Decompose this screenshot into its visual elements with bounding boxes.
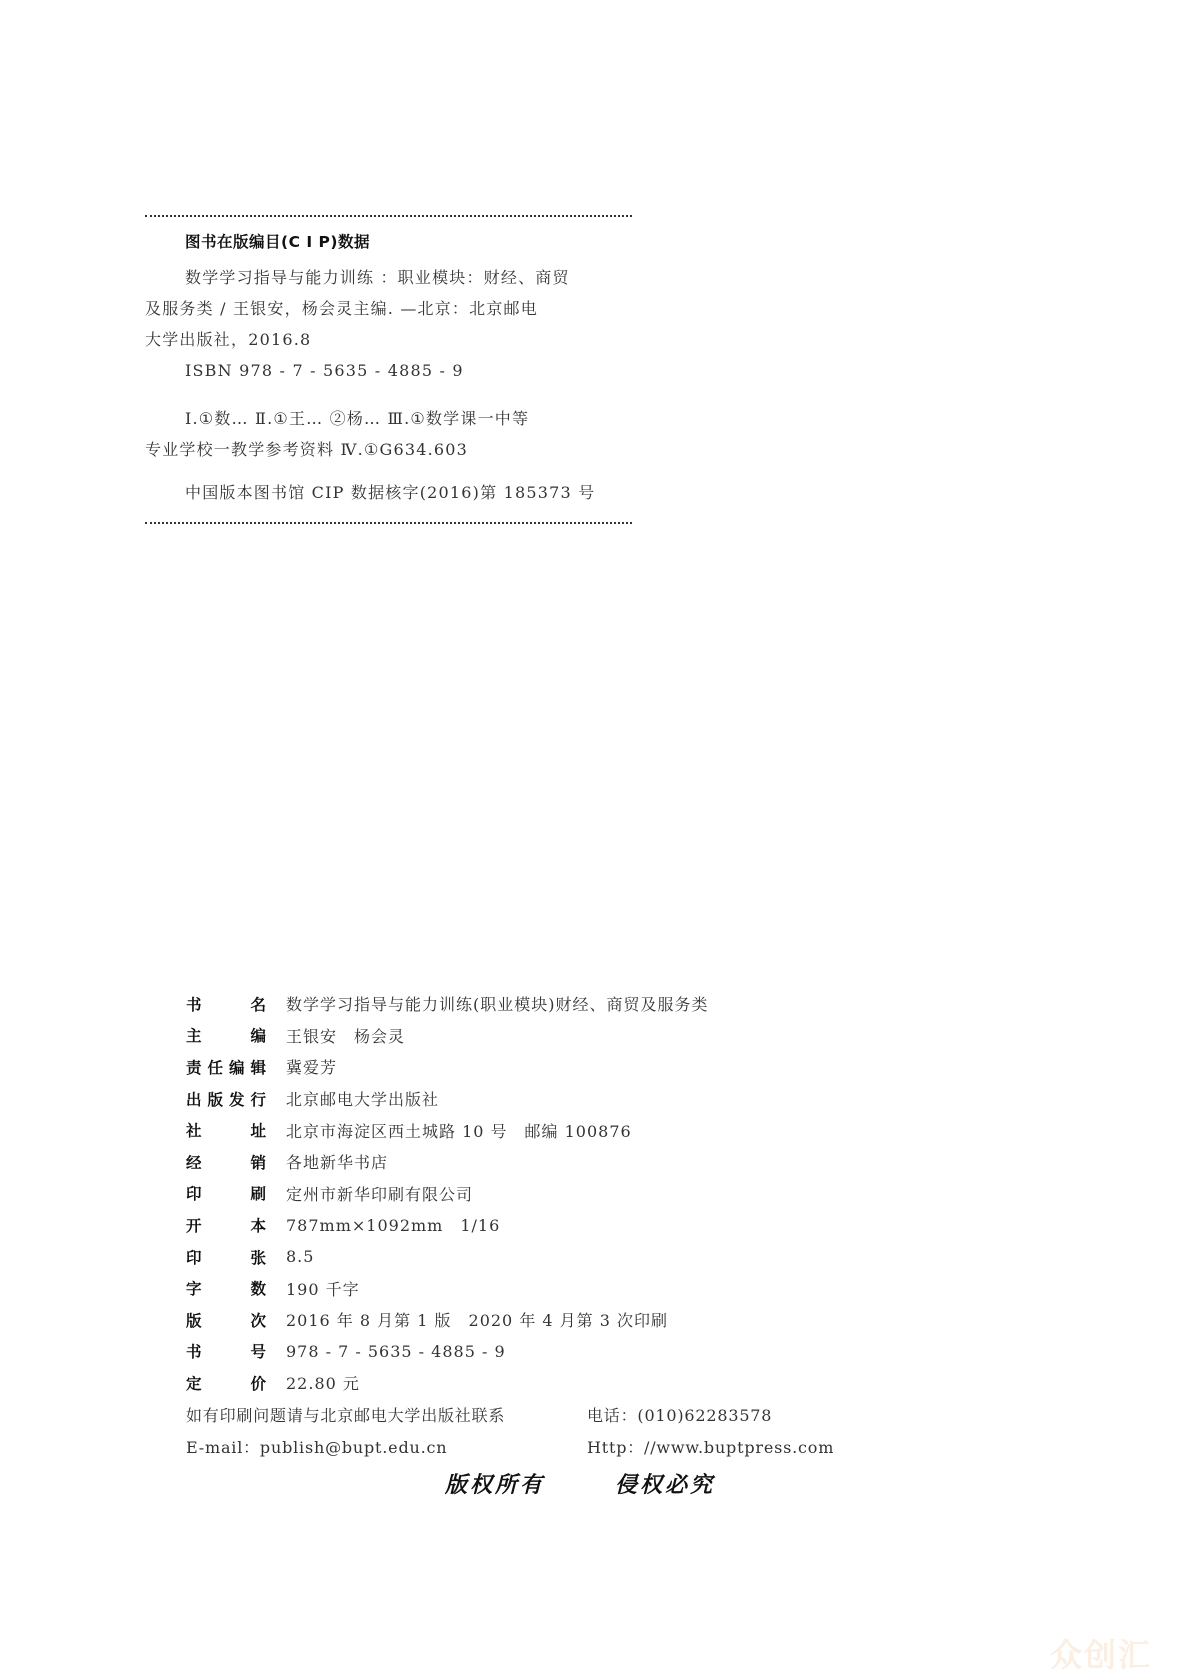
colophon-row: 印张8.5 (186, 1241, 834, 1273)
cip-number: 中国版本图书馆 CIP 数据核字(2016)第 185373 号 (145, 477, 632, 508)
contact-notice: 如有印刷问题请与北京邮电大学出版社联系 (186, 1403, 587, 1426)
colophon-label: 责任编辑 (186, 1056, 266, 1078)
colophon-row: 出版发行北京邮电大学出版社 (186, 1083, 834, 1115)
contact-email: E-mail：publish@bupt.edu.cn (186, 1435, 587, 1458)
copyright-all-rights: 版权所有 (445, 1468, 545, 1499)
colophon-value: 数学学习指导与能力训练(职业模块)财经、商贸及服务类 (286, 992, 709, 1015)
label-char: 印 (186, 1182, 202, 1204)
colophon-label: 出版发行 (186, 1088, 266, 1110)
label-char: 任 (207, 1056, 223, 1078)
label-char: 印 (186, 1246, 202, 1268)
colophon-row: 版次2016 年 8 月第 1 版 2020 年 4 月第 3 次印刷 (186, 1304, 834, 1336)
colophon-label: 书号 (186, 1340, 266, 1362)
label-char: 书 (186, 1340, 202, 1362)
colophon-value: 978 - 7 - 5635 - 4885 - 9 (286, 1342, 506, 1361)
copyright-notice: 版权所有 侵权必究 (445, 1468, 715, 1499)
label-char: 次 (250, 1309, 266, 1331)
colophon-label: 版次 (186, 1309, 266, 1331)
colophon-row: 印刷定州市新华印刷有限公司 (186, 1178, 834, 1210)
bottom-dotted-divider (145, 522, 632, 524)
colophon-value: 王银安 杨会灵 (286, 1024, 405, 1047)
colophon-value: 北京邮电大学出版社 (286, 1087, 439, 1110)
colophon-label: 开本 (186, 1214, 266, 1236)
label-char: 价 (250, 1372, 266, 1394)
label-char: 名 (250, 993, 266, 1015)
colophon-row: 书号978 - 7 - 5635 - 4885 - 9 (186, 1336, 834, 1368)
colophon-row: 主编王银安 杨会灵 (186, 1020, 834, 1052)
cip-classification: 专业学校一教学参考资料 Ⅳ.①G634.603 (145, 434, 632, 465)
colophon-label: 印张 (186, 1246, 266, 1268)
top-dotted-divider (145, 215, 632, 217)
colophon-label: 经销 (186, 1151, 266, 1173)
copyright-page: 图书在版编目(C I P)数据 数学学习指导与能力训练 ：职业模块：财经、商贸 … (0, 0, 1203, 1675)
label-char: 社 (186, 1119, 202, 1141)
colophon-label: 字数 (186, 1277, 266, 1299)
colophon-value: 各地新华书店 (286, 1150, 388, 1173)
contact-row: 如有印刷问题请与北京邮电大学出版社联系电话：(010)62283578 (186, 1399, 834, 1431)
colophon-value: 定州市新华印刷有限公司 (286, 1182, 473, 1205)
cip-heading: 图书在版编目(C I P)数据 (185, 231, 632, 253)
colophon-value: 2016 年 8 月第 1 版 2020 年 4 月第 3 次印刷 (286, 1308, 668, 1331)
colophon-value: 190 千字 (286, 1277, 360, 1300)
label-char: 经 (186, 1151, 202, 1173)
watermark-logo: 众创汇 (1050, 1630, 1152, 1675)
colophon-row: 责任编辑冀爱芳 (186, 1051, 834, 1083)
label-char: 定 (186, 1372, 202, 1394)
colophon-row: 定价22.80 元 (186, 1367, 834, 1399)
cip-isbn: ISBN 978 - 7 - 5635 - 4885 - 9 (145, 355, 632, 386)
colophon-label: 社址 (186, 1119, 266, 1141)
label-char: 行 (250, 1088, 266, 1110)
contact-website: Http：//www.buptpress.com (587, 1435, 834, 1458)
colophon-value: 冀爱芳 (286, 1055, 337, 1078)
label-char: 版 (186, 1309, 202, 1331)
contact-phone: 电话：(010)62283578 (587, 1403, 772, 1426)
label-char: 责 (186, 1056, 202, 1078)
colophon-value: 8.5 (286, 1247, 314, 1266)
label-char: 本 (250, 1214, 266, 1236)
label-char: 址 (250, 1119, 266, 1141)
colophon-row: 字数190 千字 (186, 1272, 834, 1304)
colophon-row: 社址北京市海淀区西土城路 10 号 邮编 100876 (186, 1114, 834, 1146)
label-char: 数 (250, 1277, 266, 1299)
colophon-label: 主编 (186, 1024, 266, 1046)
colophon-row: 书名数学学习指导与能力训练(职业模块)财经、商贸及服务类 (186, 988, 834, 1020)
label-char: 字 (186, 1277, 202, 1299)
colophon-row: 经销各地新华书店 (186, 1146, 834, 1178)
label-char: 编 (250, 1024, 266, 1046)
colophon-label: 印刷 (186, 1182, 266, 1204)
colophon-block: 书名数学学习指导与能力训练(职业模块)财经、商贸及服务类主编王银安 杨会灵责任编… (186, 988, 834, 1462)
label-char: 出 (186, 1088, 202, 1110)
colophon-value: 22.80 元 (286, 1371, 360, 1394)
colophon-row: 开本787mm×1092mm 1/16 (186, 1209, 834, 1241)
cip-block: 图书在版编目(C I P)数据 数学学习指导与能力训练 ：职业模块：财经、商贸 … (145, 215, 632, 524)
copyright-infringement: 侵权必究 (615, 1468, 715, 1499)
cip-body: 数学学习指导与能力训练 ：职业模块：财经、商贸 及服务类 / 王银安，杨会灵主编… (145, 262, 632, 508)
cip-classification: Ⅰ.①数… Ⅱ.①王… ②杨… Ⅲ.①数学课一中等 (145, 403, 632, 434)
label-char: 辑 (250, 1056, 266, 1078)
label-char: 书 (186, 993, 202, 1015)
label-char: 发 (229, 1088, 245, 1110)
label-char: 版 (207, 1088, 223, 1110)
label-char: 开 (186, 1214, 202, 1236)
colophon-label: 定价 (186, 1372, 266, 1394)
colophon-label: 书名 (186, 993, 266, 1015)
label-char: 销 (250, 1151, 266, 1173)
label-char: 编 (229, 1056, 245, 1078)
label-char: 张 (250, 1246, 266, 1268)
label-char: 号 (250, 1340, 266, 1362)
label-char: 主 (186, 1024, 202, 1046)
colophon-value: 787mm×1092mm 1/16 (286, 1213, 500, 1236)
label-char: 刷 (250, 1182, 266, 1204)
colophon-value: 北京市海淀区西土城路 10 号 邮编 100876 (286, 1119, 632, 1142)
cip-line: 及服务类 / 王银安，杨会灵主编. —北京：北京邮电 (145, 293, 632, 324)
contact-row: E-mail：publish@bupt.edu.cnHttp：//www.bup… (186, 1430, 834, 1462)
cip-line: 大学出版社，2016.8 (145, 324, 632, 355)
cip-line: 数学学习指导与能力训练 ：职业模块：财经、商贸 (145, 262, 632, 293)
